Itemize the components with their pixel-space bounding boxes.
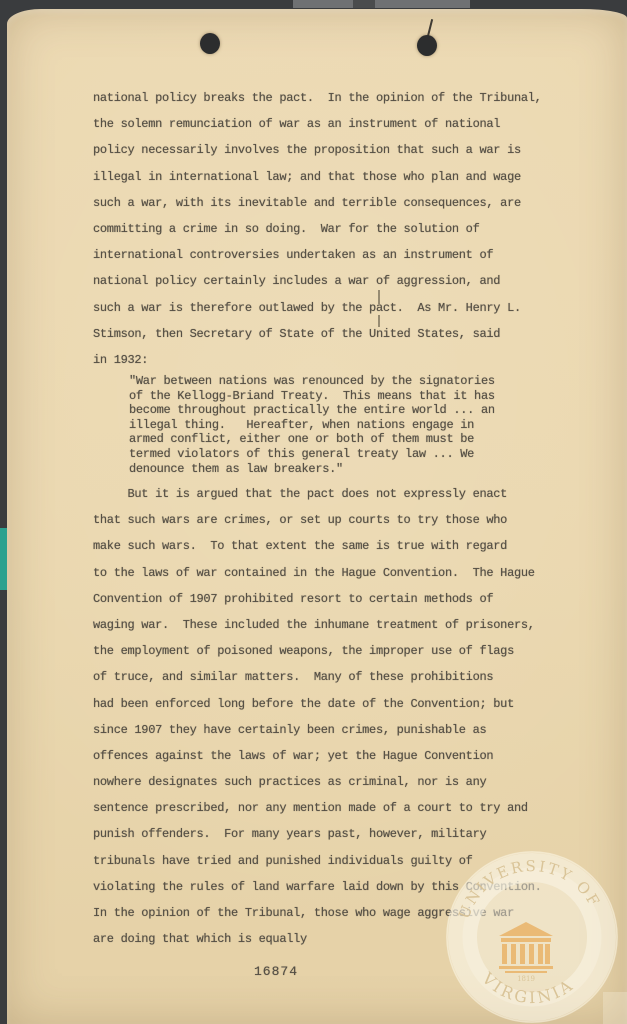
typed-text-line: make such wars. To that extent the same …: [93, 533, 542, 559]
typed-text-line: the employment of poisoned weapons, the …: [93, 638, 542, 664]
paragraph-hague-convention: But it is argued that the pact does not …: [93, 481, 542, 952]
typed-text-line: international controversies undertaken a…: [93, 242, 542, 268]
scanned-archive-photo: { "page": { "paragraph1_lines": [ "natio…: [0, 0, 627, 1024]
typed-text-line: Stimson, then Secretary of State of the …: [93, 321, 542, 347]
seal-arc-bottom-text: VIRGINIA: [478, 968, 578, 1007]
typed-text-line: waging war. These included the inhumane …: [93, 612, 542, 638]
typed-text-line: in 1932:: [93, 347, 542, 373]
typed-text-line: armed conflict, either one or both of th…: [129, 432, 495, 447]
typed-text-line: denounce them as law breakers.": [129, 462, 495, 477]
typed-text-line: the solemn remunciation of war as an ins…: [93, 111, 542, 137]
typed-text-line: tribunals have tried and punished indivi…: [93, 848, 542, 874]
typed-text-line: Convention of 1907 prohibited resort to …: [93, 586, 542, 612]
typed-text-line: In the opinion of the Tribunal, those wh…: [93, 900, 542, 926]
typed-text-line: sentence prescribed, nor any mention mad…: [93, 795, 542, 821]
blockquote-stimson: "War between nations was renounced by th…: [129, 374, 495, 476]
typed-text-line: had been enforced long before the date o…: [93, 691, 542, 717]
typed-text-line: to the laws of war contained in the Hagu…: [93, 560, 542, 586]
seal-year: 1819: [517, 975, 535, 983]
ink-mark: [378, 315, 380, 327]
ink-mark: [378, 290, 380, 304]
binder-slot: [353, 0, 375, 8]
document-page: national policy breaks the pact. In the …: [7, 9, 627, 1024]
typed-text-line: committing a crime in so doing. War for …: [93, 216, 542, 242]
typed-text-line: offences against the laws of war; yet th…: [93, 743, 542, 769]
typed-text-line: illegal in international law; and that t…: [93, 164, 542, 190]
typed-text-line: illegal thing. Hereafter, when nations e…: [129, 418, 495, 433]
paper-light-patch: [603, 992, 627, 1024]
typed-text-line: termed violators of this general treaty …: [129, 447, 495, 462]
hole-punch-left: [200, 33, 220, 54]
typed-text-line: become throughout practically the entire…: [129, 403, 495, 418]
typed-text-line: But it is argued that the pact does not …: [93, 481, 542, 507]
typed-text-line: that such wars are crimes, or set up cou…: [93, 507, 542, 533]
page-number: 16874: [254, 964, 298, 979]
typed-text-line: nowhere designates such practices as cri…: [93, 769, 542, 795]
typed-text-line: policy necessarily involves the proposit…: [93, 137, 542, 163]
typed-text-line: of truce, and similar matters. Many of t…: [93, 664, 542, 690]
typed-text-line: of the Kellogg-Briand Treaty. This means…: [129, 389, 495, 404]
typed-text-line: are doing that which is equally: [93, 926, 542, 952]
typed-text-line: such a war, with its inevitable and terr…: [93, 190, 542, 216]
typed-text-line: punish offenders. For many years past, h…: [93, 821, 542, 847]
typed-text-line: since 1907 they have certainly been crim…: [93, 717, 542, 743]
paragraph-tribunal-opinion: national policy breaks the pact. In the …: [93, 85, 542, 373]
binder-bar: [293, 0, 470, 8]
teal-tape-mark: [0, 528, 7, 590]
typed-text-line: national policy certainly includes a war…: [93, 268, 542, 294]
typed-text-line: national policy breaks the pact. In the …: [93, 85, 542, 111]
typed-text-line: violating the rules of land warfare laid…: [93, 874, 542, 900]
hole-punch-right: [417, 35, 437, 56]
typed-text-line: "War between nations was renounced by th…: [129, 374, 495, 389]
typed-text-line: such a war is therefore outlawed by the …: [93, 295, 542, 321]
